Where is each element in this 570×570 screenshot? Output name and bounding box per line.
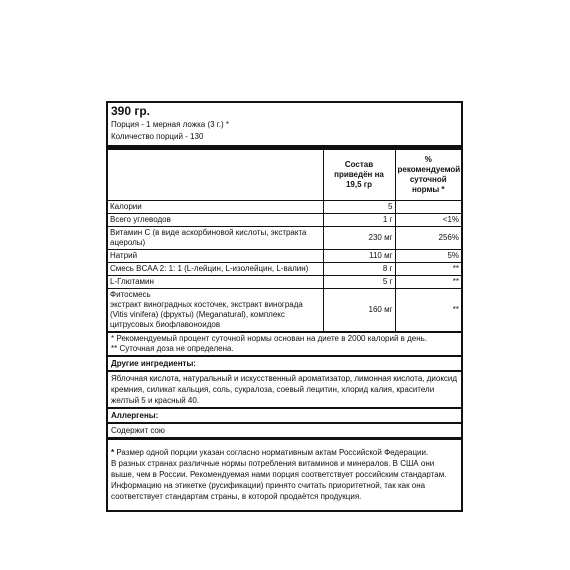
column-header-amount: Состав приведён на 19,5 гр: [323, 150, 395, 201]
nutrient-daily-value: 256%: [395, 227, 461, 250]
table-row: Фитосмесь экстракт виноградных косточек,…: [108, 289, 461, 332]
nutrient-amount: 230 мг: [323, 227, 395, 250]
nutrient-name: Всего углеводов: [108, 214, 323, 227]
nutrient-daily-value: **: [395, 276, 461, 289]
nutrient-name: Витамин С (в виде аскорбиновой кислоты, …: [108, 227, 323, 250]
label-header: 390 гр. Порция - 1 мерная ложка (3 г.) *…: [108, 103, 461, 150]
table-row: Калории5: [108, 201, 461, 214]
nutrient-daily-value: 5%: [395, 250, 461, 263]
footnotes: * Рекомендуемый процент суточной нормы о…: [108, 332, 461, 355]
nutrient-daily-value: <1%: [395, 214, 461, 227]
nutrient-amount: 160 мг: [323, 289, 395, 332]
table-header-row: Состав приведён на 19,5 гр % рекомендуем…: [108, 150, 461, 201]
allergens-text: Содержит сою: [108, 422, 461, 437]
table-row: Натрий110 мг5%: [108, 250, 461, 263]
other-ingredients-text: Яблочная кислота, натуральный и искусств…: [108, 370, 461, 407]
nutrient-daily-value: [395, 201, 461, 214]
table-row: Смесь BCAA 2: 1: 1 (L-лейцин, L-изолейци…: [108, 263, 461, 276]
footnote-daily-value: * Рекомендуемый процент суточной нормы о…: [111, 334, 458, 344]
nutrient-name: Натрий: [108, 250, 323, 263]
nutrition-label: 390 гр. Порция - 1 мерная ложка (3 г.) *…: [106, 101, 463, 512]
nutrient-amount: 110 мг: [323, 250, 395, 263]
column-header-daily-value: % рекомендуемой суточной нормы *: [395, 150, 461, 201]
nutrient-daily-value: **: [395, 263, 461, 276]
nutrient-name: Смесь BCAA 2: 1: 1 (L-лейцин, L-изолейци…: [108, 263, 323, 276]
disclaimer-line-2: В разных странах различные нормы потребл…: [111, 458, 458, 480]
nutrient-amount: 1 г: [323, 214, 395, 227]
other-ingredients-title: Другие ингредиенты:: [108, 355, 461, 370]
nutrient-amount: 8 г: [323, 263, 395, 276]
nutrient-name: Фитосмесь экстракт виноградных косточек,…: [108, 289, 323, 332]
disclaimer-line-3: Информацию на этикетке (русификации) при…: [111, 480, 458, 502]
table-row: Всего углеводов1 г<1%: [108, 214, 461, 227]
table-row: L-Глютамин5 г**: [108, 276, 461, 289]
nutrient-name: L-Глютамин: [108, 276, 323, 289]
nutrient-amount: 5 г: [323, 276, 395, 289]
footnote-not-established: ** Суточная доза не определена.: [111, 344, 458, 354]
servings-count: Количество порций - 130: [111, 131, 458, 143]
product-weight: 390 гр.: [111, 104, 458, 119]
serving-size: Порция - 1 мерная ложка (3 г.) *: [111, 119, 458, 131]
disclaimer: * Размер одной порции указан согласно но…: [108, 437, 461, 510]
allergens-title: Аллергены:: [108, 407, 461, 422]
nutrient-amount: 5: [323, 201, 395, 214]
column-header-name: [108, 150, 323, 201]
table-row: Витамин С (в виде аскорбиновой кислоты, …: [108, 227, 461, 250]
nutrient-daily-value: **: [395, 289, 461, 332]
nutrition-table: Состав приведён на 19,5 гр % рекомендуем…: [108, 150, 461, 332]
disclaimer-line-1: Размер одной порции указан согласно норм…: [114, 448, 428, 457]
nutrient-name: Калории: [108, 201, 323, 214]
